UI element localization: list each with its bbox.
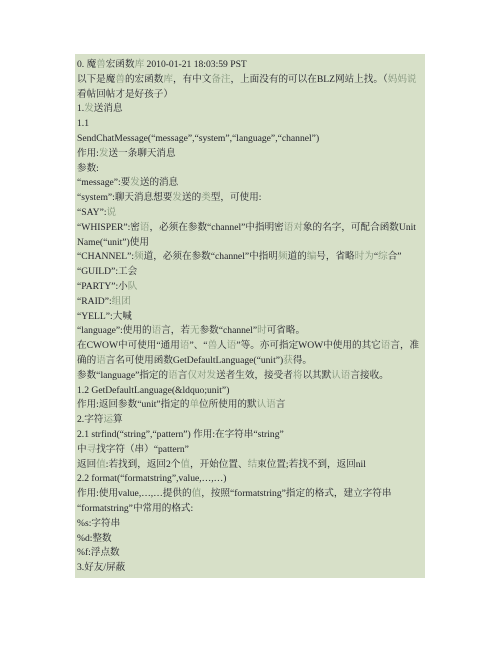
text-line: 以下是魔兽的宏函数库，有中文备注，上面没有的可以在BLZ网站上找。（妈妈说 (77, 73, 425, 88)
light-glyph-run: 频 (278, 251, 288, 262)
text-run: 送的消息 (140, 177, 178, 188)
text-run: 作用: (77, 148, 99, 159)
text-run: “GUILD”:工会 (77, 266, 137, 277)
text-line: %d:整数 (77, 532, 425, 547)
text-run: %f:浮点数 (77, 547, 120, 558)
text-line: “CHANNEL”:频道，必须在参数“channel”中指明频道的编号，省略时为… (77, 250, 425, 265)
light-glyph-run: 编 (307, 251, 317, 262)
text-run: 送一条聊天消息 (108, 148, 175, 159)
text-line: 作用:使用value,…,…提供的值，按照“formatstring”指定的格式… (77, 487, 425, 502)
light-glyph-run: 语 (168, 370, 178, 381)
text-run: 送的 (182, 192, 201, 203)
light-glyph-run: 类 (201, 192, 211, 203)
text-run: 返回 (77, 459, 96, 470)
text-run: 送消息 (94, 103, 123, 114)
text-run: %s:字符串 (77, 518, 120, 529)
light-glyph-run: 时 (257, 325, 267, 336)
text-line: 1.1 (77, 117, 425, 132)
light-glyph-run: 兽 (96, 59, 106, 70)
text-run: 作用:返回参数“unit”指定的 (77, 399, 189, 410)
text-line: “message”:要发送的消息 (77, 176, 425, 191)
text-run: ”等。亦可指定WOW中使用的其它 (236, 340, 380, 351)
text-run: “formatstring”中常用的格式: (77, 503, 193, 514)
light-glyph-run: 妈妈说 (388, 74, 417, 85)
text-line: “PARTY”:小队 (77, 280, 425, 295)
text-run: “SAY”: (77, 207, 107, 218)
light-glyph-run: 语 (180, 340, 190, 351)
text-run: 以其默 (302, 370, 331, 381)
light-glyph-run: 结 (248, 459, 258, 470)
text-run: 型，可使用: (211, 192, 262, 203)
document-panel: 0. 魔兽宏函数库 2010-01-21 18:03:59 PST以下是魔兽的宏… (75, 54, 425, 578)
text-line: “formatstring”中常用的格式: (77, 502, 425, 517)
light-glyph-run: 获 (283, 355, 293, 366)
text-run: :若找到，返回2个 (106, 459, 181, 470)
text-run: Name(“unit”)使用 (77, 237, 149, 248)
text-line: 参数: (77, 162, 425, 177)
text-run: “CHANNEL”: (77, 251, 134, 262)
light-glyph-run: 将 (293, 370, 303, 381)
text-line: 3.好友/屏蔽 (77, 561, 425, 576)
text-run: 参数“channel” (200, 325, 258, 336)
text-run: 人 (217, 340, 227, 351)
light-glyph-run: 语 (96, 355, 106, 366)
text-line: “WHISPER”:密语，必须在参数“channel”中指明密语对象的名字，可配… (77, 221, 425, 236)
text-run: 作用:使用value,…,…提供的 (77, 488, 192, 499)
light-glyph-run: 发 (172, 192, 182, 203)
text-line: 作用:返回参数“unit”指定的单位所使用的默认语言 (77, 398, 425, 413)
text-run: 道的 (288, 251, 307, 262)
light-glyph-run: 说 (107, 207, 117, 218)
text-line: 参数“language”指定的语言仅对发送者生效，接受者将以其默认语言接收。 (77, 369, 425, 384)
text-run: SendChatMessage(“message”,“system”,“lang… (77, 133, 319, 144)
text-run: “PARTY”:小 (77, 281, 128, 292)
text-line: “language”:使用的语言，若无参数“channel”时可省略。 (77, 324, 425, 339)
text-run: 送者生效，接受者 (216, 370, 293, 381)
light-glyph-run: 兽 (115, 74, 125, 85)
light-glyph-run: 频 (134, 251, 144, 262)
text-run: 得。 (293, 355, 312, 366)
text-run: 2.1 strfind(“string”,“pattern”) 作用:在字符串“… (77, 429, 284, 440)
text-line: “system”:聊天消息想要发送的类型，可使用: (77, 191, 425, 206)
text-line: “RAID”:组团 (77, 295, 425, 310)
text-run: “YELL”:大喊 (77, 311, 132, 322)
light-glyph-run: 寻 (87, 444, 97, 455)
text-run: 看帖回帖才是好孩子） (77, 89, 173, 100)
text-run: %d:整数 (77, 533, 112, 544)
light-glyph-run: 运 (103, 414, 113, 425)
text-line: 中寻找字符（串）“pattern” (77, 443, 425, 458)
text-run: 言，准 (390, 340, 419, 351)
text-line: “YELL”:大喊 (77, 310, 425, 325)
light-glyph-run: 语 (381, 340, 391, 351)
light-glyph-run: 备注 (211, 74, 230, 85)
text-run: 2.字符 (77, 414, 103, 425)
text-line: 作用:发送一条聊天消息 (77, 147, 425, 162)
light-glyph-run: 兽 (208, 340, 218, 351)
text-line: 1.发送消息 (77, 102, 425, 117)
text-run: 1.2 GetDefaultLanguage(&ldquo;unit”) (77, 385, 229, 396)
text-run: 言 (276, 399, 286, 410)
text-run: ”、“ (189, 340, 207, 351)
text-run: 3.好友/屏蔽 (77, 562, 125, 573)
text-run: “RAID”: (77, 296, 112, 307)
text-line: 2.字符运算 (77, 413, 425, 428)
text-run: 宏函数 (106, 59, 135, 70)
light-glyph-run: 值 (96, 459, 106, 470)
text-run: ，开始位置、 (190, 459, 248, 470)
text-run: 言，若 (161, 325, 190, 336)
light-glyph-run: 库 (163, 74, 173, 85)
text-line: 1.2 GetDefaultLanguage(&ldquo;unit”) (77, 384, 425, 399)
text-line: 2.1 strfind(“string”,“pattern”) 作用:在字符串“… (77, 428, 425, 443)
text-run: 可省略。 (267, 325, 305, 336)
light-glyph-run: 时为 (355, 251, 374, 262)
text-run: 束位置;若找不到，返回nil (257, 459, 366, 470)
text-run: 言 (178, 370, 188, 381)
text-run: 算 (113, 414, 123, 425)
text-line: %f:浮点数 (77, 546, 425, 561)
text-run: 的宏函数 (125, 74, 163, 85)
text-run: 象的名字，可配合函数Unit (303, 222, 416, 233)
text-run: 中 (77, 444, 87, 455)
text-run: 道，必须在参数“channel”中指明 (144, 251, 278, 262)
text-run: 合” (388, 251, 402, 262)
light-glyph-run: 组团 (112, 296, 131, 307)
text-run: 1.1 (77, 118, 89, 129)
text-run: 在CWOW中可使用“通用 (77, 340, 180, 351)
text-run: 以下是魔 (77, 74, 115, 85)
text-run: 2.2 format(“formatstring”,value,…,…) (77, 473, 226, 484)
text-line: 返回值:若找到，返回2个值，开始位置、结束位置;若找不到，返回nil (77, 458, 425, 473)
text-run: 参数: (77, 163, 99, 174)
text-run: 确的 (77, 355, 96, 366)
light-glyph-run: 发 (130, 177, 140, 188)
light-glyph-run: 库 (135, 59, 145, 70)
light-glyph-run: 队 (128, 281, 138, 292)
text-run: “message”:要 (77, 177, 130, 188)
text-line: 看帖回帖才是好孩子） (77, 88, 425, 103)
light-glyph-run: 认语 (331, 370, 350, 381)
text-run: 参数“language”指定的 (77, 370, 168, 381)
text-run: “language”:使用的 (77, 325, 152, 336)
text-line: Name(“unit”)使用 (77, 236, 425, 251)
text-line: 0. 魔兽宏函数库 2010-01-21 18:03:59 PST (77, 58, 425, 73)
light-glyph-run: 仅对发 (187, 370, 216, 381)
text-run: “WHISPER”:密 (77, 222, 140, 233)
text-line: SendChatMessage(“message”,“system”,“lang… (77, 132, 425, 147)
text-run: 言名可使用函数GetDefaultLanguage(“unit”) (106, 355, 283, 366)
text-run: 0. 魔 (77, 59, 96, 70)
text-run: “system”:聊天消息想要 (77, 192, 172, 203)
text-line: 在CWOW中可使用“通用语”、“兽人语”等。亦可指定WOW中使用的其它语言，准 (77, 339, 425, 354)
light-glyph-run: 值 (180, 459, 190, 470)
text-run: ，必须在参数“channel”中指明密 (149, 222, 283, 233)
text-run: 2010-01-21 18:03:59 PST (144, 59, 247, 70)
text-run: ，上面没有的可以在BLZ网站上找。（ (231, 74, 388, 85)
text-line: 2.2 format(“formatstring”,value,…,…) (77, 472, 425, 487)
light-glyph-run: 语 (227, 340, 237, 351)
light-glyph-run: 发 (84, 103, 94, 114)
text-run: 号，省略 (316, 251, 354, 262)
text-run: 位所使用的默 (199, 399, 257, 410)
text-line: 确的语言名可使用函数GetDefaultLanguage(“unit”)获得。 (77, 354, 425, 369)
text-run: ，按照“formatstring”指定的格式，建立字符串 (201, 488, 391, 499)
text-line: %s:字符串 (77, 517, 425, 532)
document-text: 0. 魔兽宏函数库 2010-01-21 18:03:59 PST以下是魔兽的宏… (77, 58, 425, 576)
text-line: “SAY”:说 (77, 206, 425, 221)
light-glyph-run: 无 (190, 325, 200, 336)
light-glyph-run: 值 (192, 488, 202, 499)
light-glyph-run: 认语 (257, 399, 276, 410)
light-glyph-run: 单 (189, 399, 199, 410)
light-glyph-run: 语对 (284, 222, 303, 233)
text-line: “GUILD”:工会 (77, 265, 425, 280)
text-run: 言接收。 (350, 370, 388, 381)
text-run: 找字符（串）“pattern” (96, 444, 189, 455)
light-glyph-run: 综 (378, 251, 388, 262)
light-glyph-run: 发 (99, 148, 109, 159)
light-glyph-run: 语 (152, 325, 162, 336)
text-run: ，有中文 (173, 74, 211, 85)
